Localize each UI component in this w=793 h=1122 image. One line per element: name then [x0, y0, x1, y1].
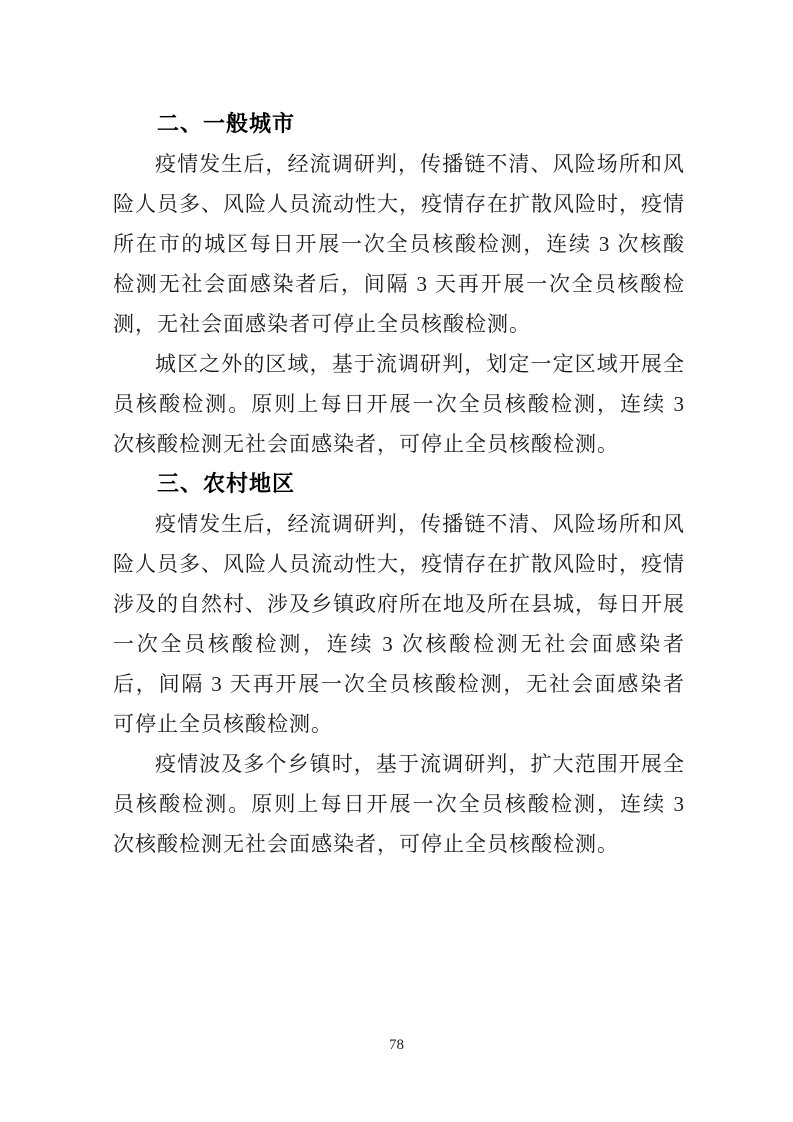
document-content: 二、一般城市 疫情发生后，经流调研判，传播链不清、风险场所和风险人员多、风险人员… — [113, 104, 685, 864]
paragraph: 疫情发生后，经流调研判，传播链不清、风险场所和风险人员多、风险人员流动性大，疫情… — [113, 504, 685, 744]
paragraph: 疫情波及多个乡镇时，基于流调研判，扩大范围开展全员核酸检测。原则上每日开展一次全… — [113, 744, 685, 864]
page-footer: 78 — [0, 1036, 793, 1054]
document-page: 二、一般城市 疫情发生后，经流调研判，传播链不清、风险场所和风险人员多、风险人员… — [0, 0, 793, 1122]
paragraph: 城区之外的区域，基于流调研判，划定一定区域开展全员核酸检测。原则上每日开展一次全… — [113, 344, 685, 464]
section-heading-general-cities: 二、一般城市 — [113, 104, 685, 144]
page-number: 78 — [389, 1037, 404, 1053]
paragraph: 疫情发生后，经流调研判，传播链不清、风险场所和风险人员多、风险人员流动性大，疫情… — [113, 144, 685, 344]
section-heading-rural-areas: 三、农村地区 — [113, 464, 685, 504]
